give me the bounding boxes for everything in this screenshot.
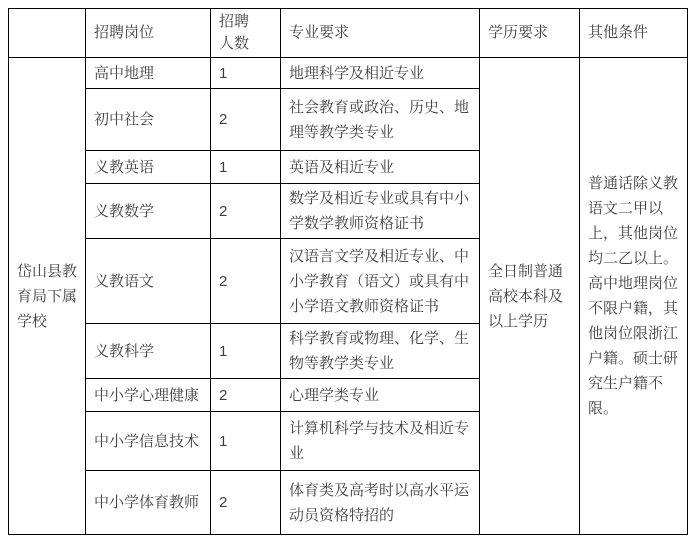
major-cell: 英语及相近专业 [281, 151, 480, 184]
count-cell: 2 [211, 239, 281, 324]
major-cell: 体育类及高考时以高水平运动员资格特招的 [281, 471, 480, 535]
major-cell: 心理学类专业 [281, 379, 480, 412]
position-cell: 中小学心理健康 [86, 379, 211, 412]
other-conditions-cell: 普通话除义教语文二甲以上，其他岗位均二乙以上。高中地理岗位不限户籍，其他岗位限浙… [580, 58, 688, 535]
count-cell: 2 [211, 471, 281, 535]
position-cell: 中小学体育教师 [86, 471, 211, 535]
header-other: 其他条件 [580, 9, 688, 58]
position-cell: 义教英语 [86, 151, 211, 184]
table-row: 岱山县教育局下属学校 高中地理 1 地理科学及相近专业 全日制普通高校本科及以上… [9, 58, 688, 89]
count-cell: 2 [211, 379, 281, 412]
position-cell: 义教科学 [86, 324, 211, 379]
position-cell: 高中地理 [86, 58, 211, 89]
count-cell: 1 [211, 324, 281, 379]
major-cell: 地理科学及相近专业 [281, 58, 480, 89]
header-major: 专业要求 [281, 9, 480, 58]
header-school-empty [9, 9, 86, 58]
count-cell: 1 [211, 412, 281, 471]
position-cell: 初中社会 [86, 89, 211, 151]
major-cell: 计算机科学与技术及相近专业 [281, 412, 480, 471]
count-cell: 1 [211, 58, 281, 89]
major-cell: 汉语言文学及相近专业、中小学教育（语文）或具有中小学语文教师资格证书 [281, 239, 480, 324]
header-education: 学历要求 [480, 9, 580, 58]
major-cell: 科学教育或物理、化学、生物等教学类专业 [281, 324, 480, 379]
position-cell: 义教数学 [86, 184, 211, 239]
count-cell: 1 [211, 151, 281, 184]
recruitment-table: 招聘岗位 招聘 人数 专业要求 学历要求 其他条件 岱山县教育局下属学校 高中地… [8, 8, 688, 535]
position-cell: 义教语文 [86, 239, 211, 324]
school-cell: 岱山县教育局下属学校 [9, 58, 86, 535]
header-count: 招聘 人数 [211, 9, 281, 58]
count-cell: 2 [211, 89, 281, 151]
major-cell: 数学及相近专业或具有中小学数学教师资格证书 [281, 184, 480, 239]
count-cell: 2 [211, 184, 281, 239]
page-body: 招聘岗位 招聘 人数 专业要求 学历要求 其他条件 岱山县教育局下属学校 高中地… [0, 0, 694, 543]
position-cell: 中小学信息技术 [86, 412, 211, 471]
education-requirement-cell: 全日制普通高校本科及以上学历 [480, 58, 580, 535]
major-cell: 社会教育或政治、历史、地理等教学类专业 [281, 89, 480, 151]
header-position: 招聘岗位 [86, 9, 211, 58]
header-row: 招聘岗位 招聘 人数 专业要求 学历要求 其他条件 [9, 9, 688, 58]
